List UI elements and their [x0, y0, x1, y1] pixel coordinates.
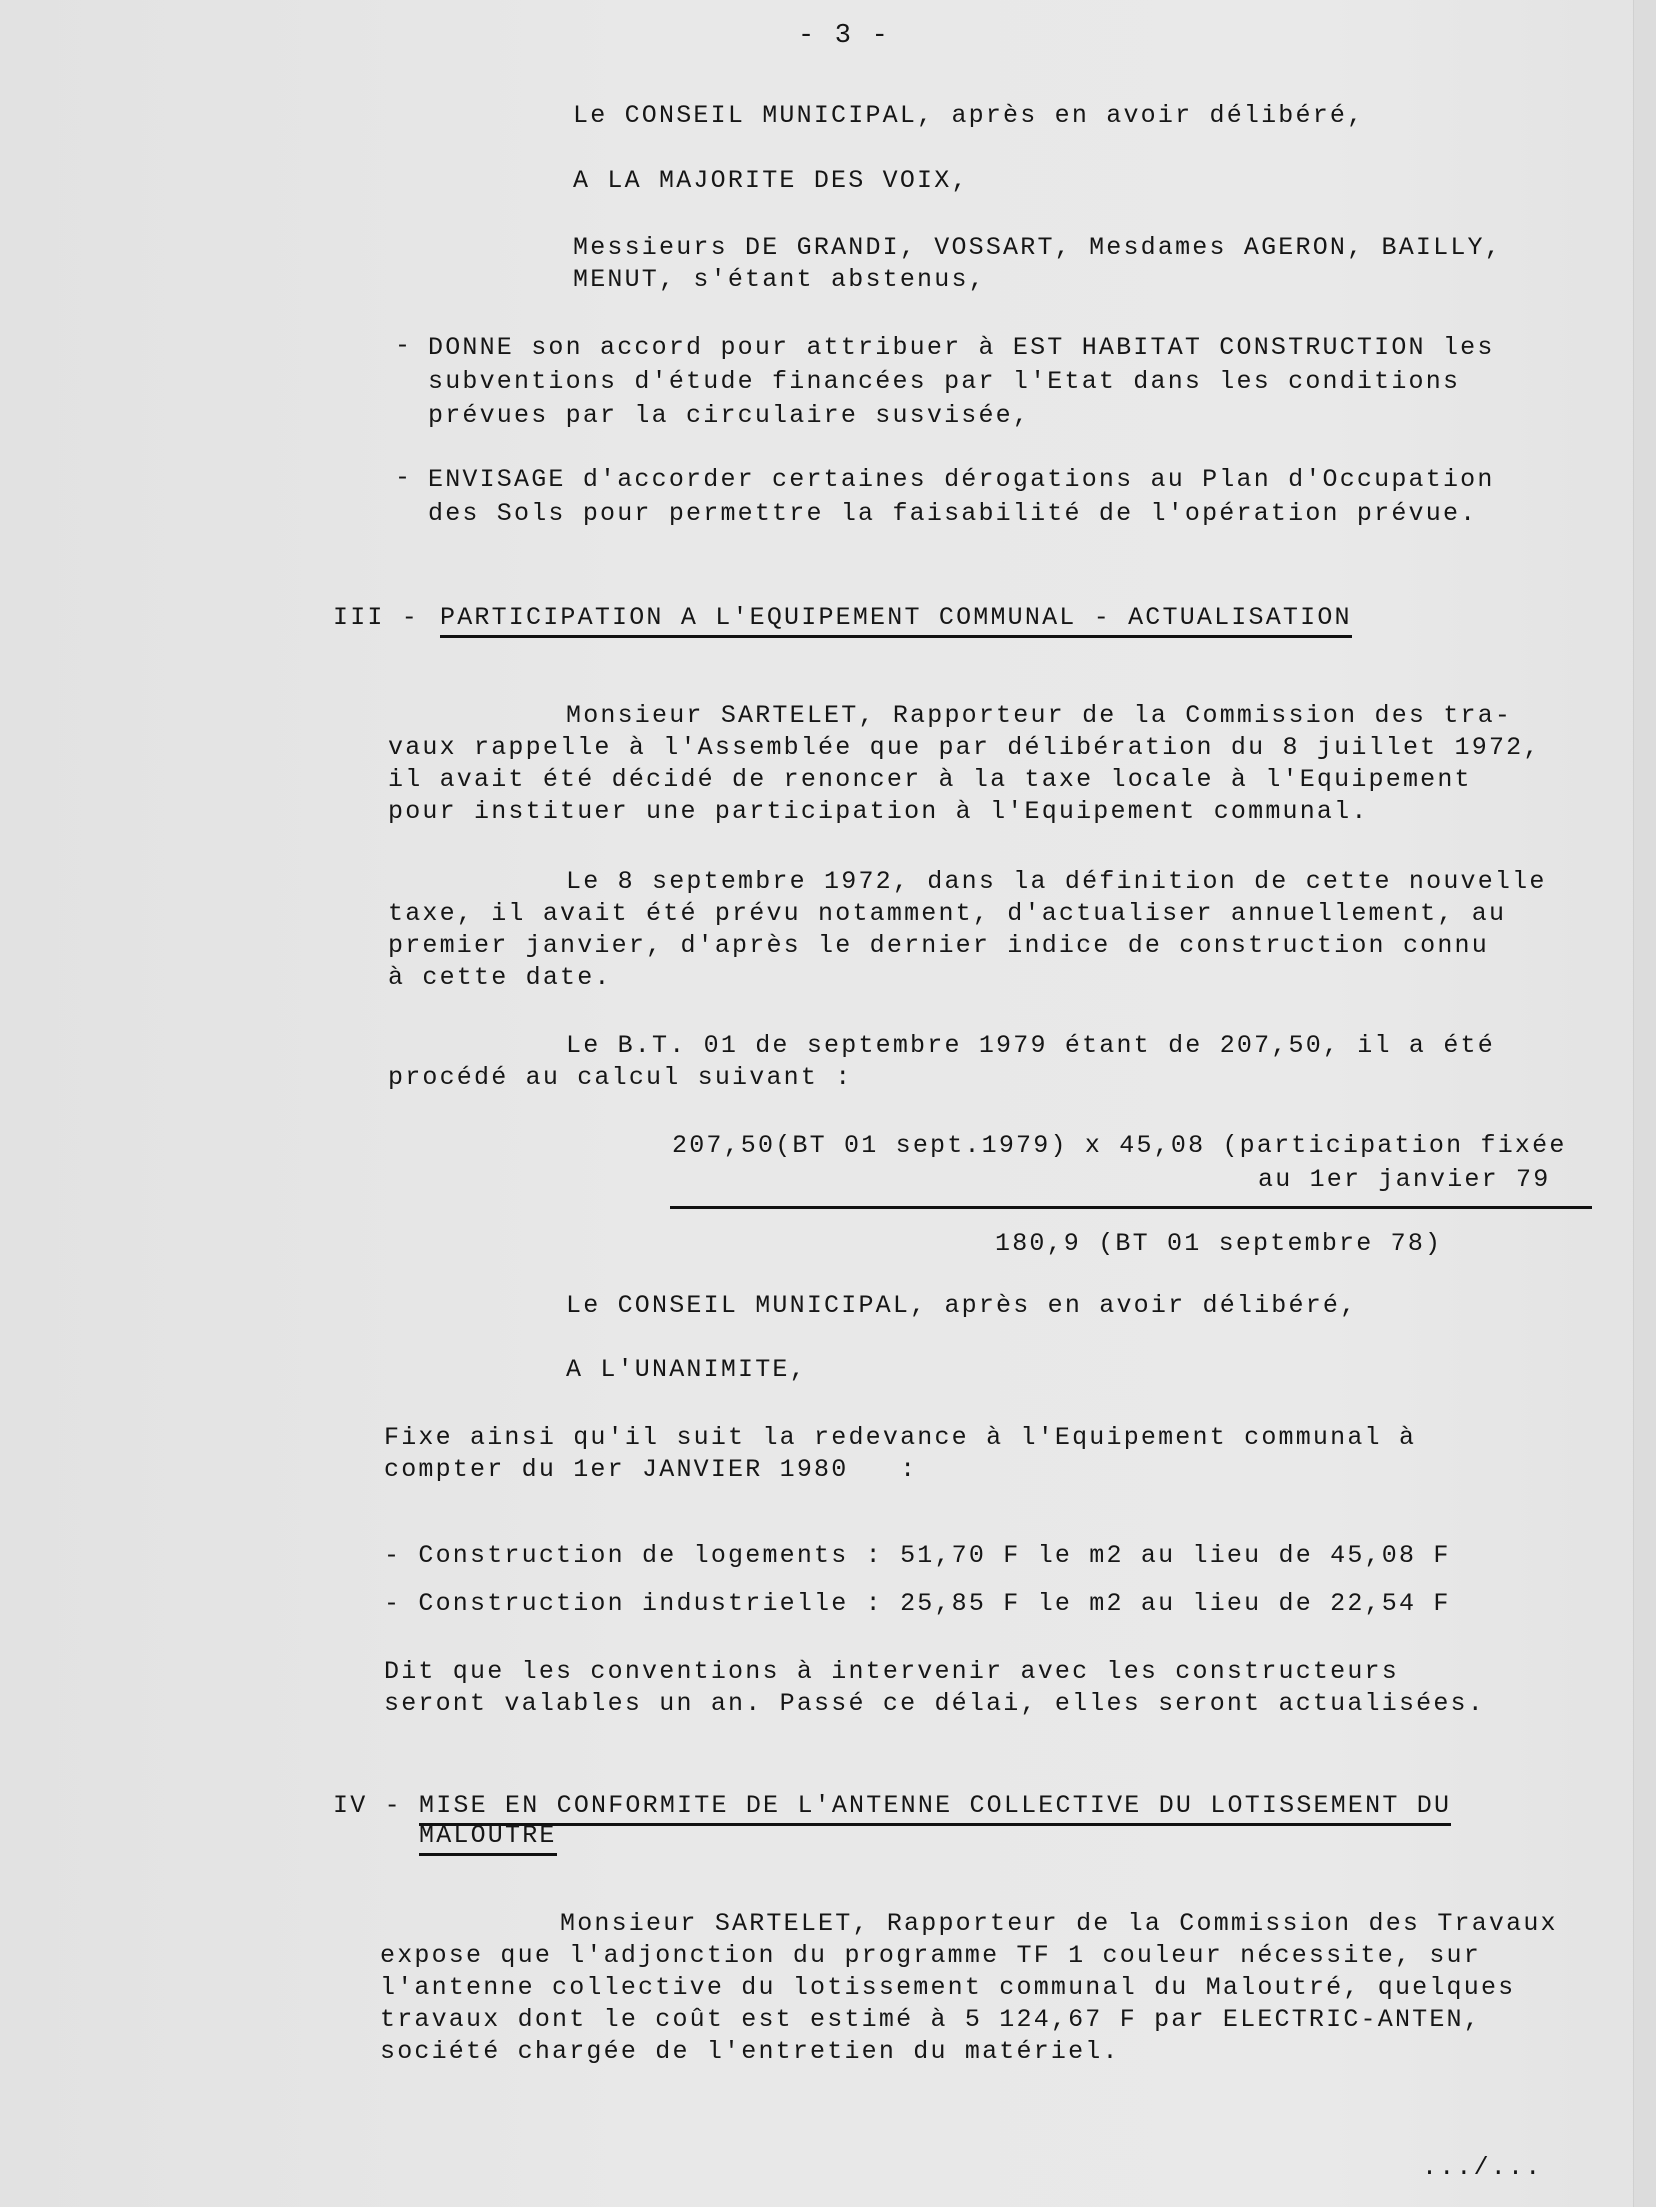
decision-bullet: - — [395, 330, 412, 362]
section-iv-para1-line-3: l'antenne collective du lotissement comm… — [380, 1972, 1515, 2004]
continuation-mark: .../... — [1422, 2152, 1542, 2184]
decision-bullet: - — [395, 462, 412, 494]
decision-donne-line-2: subventions d'étude financées par l'Etat… — [428, 366, 1460, 398]
council-deliberation-line: Le CONSEIL MUNICIPAL, après en avoir dél… — [566, 1290, 1357, 1322]
section-iii-para1-line-1: Monsieur SARTELET, Rapporteur de la Comm… — [566, 700, 1512, 732]
section-iii-para1-line-2: vaux rappelle à l'Assemblée que par déli… — [388, 732, 1541, 764]
decision-donne-line-1: DONNE son accord pour attribuer à EST HA… — [428, 332, 1495, 364]
formula-numerator-line-2: au 1er janvier 79 — [1258, 1164, 1550, 1196]
abstentions-line-2: MENUT, s'étant abstenus, — [573, 264, 986, 296]
closing-line-2: seront valables un an. Passé ce délai, e… — [384, 1688, 1485, 1720]
section-iii-para3-line-2: procédé au calcul suivant : — [388, 1062, 852, 1094]
section-iv-title-line-1: MISE EN CONFORMITE DE L'ANTENNE COLLECTI… — [419, 1790, 1451, 1826]
section-iii-title: PARTICIPATION A L'EQUIPEMENT COMMUNAL - … — [440, 602, 1352, 638]
section-iii-para3-line-1: Le B.T. 01 de septembre 1979 étant de 20… — [566, 1030, 1495, 1062]
document-page: - 3 - Le CONSEIL MUNICIPAL, après en avo… — [0, 0, 1656, 2207]
fixes-line-1: Fixe ainsi qu'il suit la redevance à l'E… — [384, 1422, 1416, 1454]
decision-envisage-line-1: ENVISAGE d'accorder certaines dérogation… — [428, 464, 1495, 496]
abstentions-line-1: Messieurs DE GRANDI, VOSSART, Mesdames A… — [573, 232, 1502, 264]
section-iv-number: IV - — [333, 1790, 402, 1822]
formula-denominator: 180,9 (BT 01 septembre 78) — [995, 1228, 1442, 1260]
section-iii-para2-line-2: taxe, il avait été prévu notamment, d'ac… — [388, 898, 1506, 930]
section-iv-title-line-2: MALOUTRE — [419, 1820, 557, 1856]
vote-majority: A LA MAJORITE DES VOIX, — [573, 165, 969, 197]
section-iii-para1-line-4: pour instituer une participation à l'Equ… — [388, 796, 1369, 828]
section-iv-para1-line-4: travaux dont le coût est estimé à 5 124,… — [380, 2004, 1481, 2036]
formula-fraction-bar — [670, 1206, 1592, 1209]
decision-envisage-line-2: des Sols pour permettre la faisabilité d… — [428, 498, 1477, 530]
vote-unanimity: A L'UNANIMITE, — [566, 1354, 807, 1386]
closing-line-1: Dit que les conventions à intervenir ave… — [384, 1656, 1399, 1688]
page-edge — [1633, 0, 1656, 2207]
rate-industrial: - Construction industrielle : 25,85 F le… — [384, 1588, 1451, 1620]
section-iii-para2-line-3: premier janvier, d'après le dernier indi… — [388, 930, 1489, 962]
section-iii-para2-line-1: Le 8 septembre 1972, dans la définition … — [566, 866, 1547, 898]
section-iv-para1-line-2: expose que l'adjonction du programme TF … — [380, 1940, 1481, 1972]
rate-housing: - Construction de logements : 51,70 F le… — [384, 1540, 1451, 1572]
section-iv-para1-line-5: société chargée de l'entretien du matéri… — [380, 2036, 1120, 2068]
section-iii-number: III - — [333, 602, 419, 634]
section-iii-para1-line-3: il avait été décidé de renoncer à la tax… — [388, 764, 1472, 796]
council-deliberation-line: Le CONSEIL MUNICIPAL, après en avoir dél… — [573, 100, 1364, 132]
page-number: - 3 - — [798, 20, 890, 52]
decision-donne-line-3: prévues par la circulaire susvisée, — [428, 400, 1030, 432]
section-iii-para2-line-4: à cette date. — [388, 962, 612, 994]
formula-numerator-line-1: 207,50(BT 01 sept.1979) x 45,08 (partici… — [672, 1130, 1567, 1162]
section-iv-para1-line-1: Monsieur SARTELET, Rapporteur de la Comm… — [560, 1908, 1558, 1940]
fixes-line-2: compter du 1er JANVIER 1980 : — [384, 1454, 917, 1486]
